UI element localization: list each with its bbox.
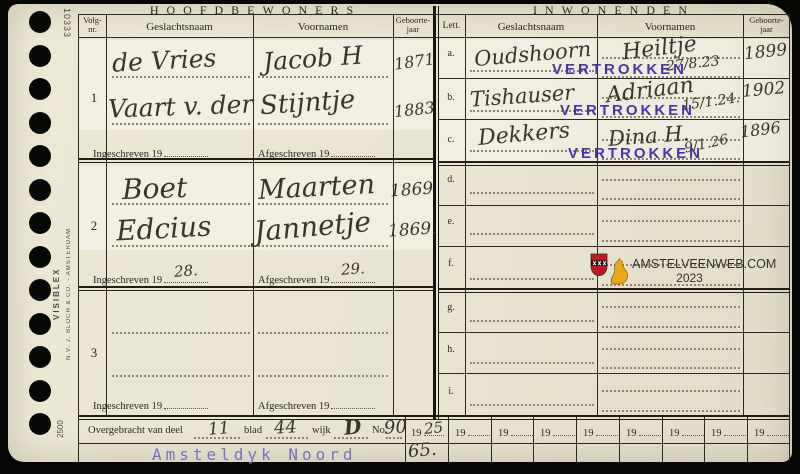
birthyear-entry: 1869.: [387, 218, 437, 241]
form-number: 10333: [62, 8, 72, 38]
year-cell-label: 19: [669, 425, 704, 439]
column-header-year-left: Geboorte- jaar: [393, 16, 433, 34]
dotted-line: [112, 123, 250, 125]
dotted-line: [112, 375, 250, 377]
house-number: 65.: [407, 439, 437, 462]
year-prefix: 19: [540, 428, 551, 439]
ingeschreven-text: Ingeschreven 19: [93, 275, 162, 286]
column-header-firstnames-right: Voornamen: [597, 21, 743, 33]
row-letter: b.: [440, 92, 462, 103]
punch-hole: [29, 179, 51, 201]
year-prefix: 19: [669, 428, 680, 439]
dotted-line: [258, 76, 388, 78]
dotted-line: [470, 233, 594, 235]
year-prefix: 19: [411, 428, 422, 439]
overgebracht-label: Overgebracht van deel: [88, 425, 183, 436]
column-header-year-right: Geboorte- jaar: [743, 16, 790, 34]
ingeschreven-year-value: 28.: [173, 261, 198, 281]
row-letter: f.: [440, 258, 462, 269]
year-prefix: 19: [711, 428, 722, 439]
surname-entry: de Vries: [111, 43, 217, 77]
dotted-line: [602, 198, 740, 200]
dotted-line: [470, 278, 594, 280]
punch-hole: [29, 246, 51, 268]
year-prefix: 19: [583, 428, 594, 439]
year-cell-label: 19: [540, 425, 575, 439]
row-letter: a.: [440, 48, 462, 59]
blad-label: blad: [244, 425, 262, 436]
row-letter: c.: [440, 134, 462, 145]
grid-line: [106, 14, 107, 417]
watermark-site: AMSTELVEENWEB.COM: [632, 257, 776, 271]
year-prefix: 19: [626, 428, 637, 439]
punch-hole: [29, 279, 51, 301]
row-number: 3: [84, 345, 104, 361]
vertrokken-stamp: VERTROKKEN: [560, 102, 695, 119]
grid-line: [533, 417, 534, 462]
grid-line: [465, 14, 466, 417]
punch-hole: [29, 145, 51, 167]
punch-hole: [29, 413, 51, 435]
dotted-line: [602, 348, 740, 350]
punch-hole: [29, 11, 51, 33]
watermark-year: 2023: [632, 271, 747, 285]
printer-imprint: N.V. J. BLOCH & CO. - AMSTERDAM: [66, 160, 72, 360]
blad-value: 44: [273, 416, 297, 439]
year-cell-label: 19: [626, 425, 661, 439]
dotted-line: [258, 123, 388, 125]
dotted-line: [602, 326, 740, 328]
year-prefix: 19: [754, 428, 765, 439]
column-header-surname-left: Geslachtsnaam: [106, 21, 253, 33]
year-cell-label: 19: [583, 425, 618, 439]
afgeschreven-text: Afgeschreven 19: [258, 275, 329, 286]
dotted-line: [470, 362, 594, 364]
dotted-line: [112, 332, 250, 334]
birthyear-entry: 1869: [389, 179, 434, 202]
grid-line: [78, 14, 79, 462]
afgeschreven-label: Afgeschreven 19: [258, 146, 375, 160]
punch-hole: [29, 212, 51, 234]
year-cell-value: 25: [423, 418, 444, 438]
dotted-line: [470, 320, 594, 322]
punch-hole: [29, 380, 51, 402]
column-header-surname-right: Geslachtsnaam: [465, 21, 597, 33]
column-header-volgnr: Volg- nr.: [79, 16, 106, 34]
year-cell-label: 19: [711, 425, 746, 439]
column-header-year-left-line2: jaar: [407, 24, 420, 34]
punch-hole: [29, 78, 51, 100]
grid-line: [438, 332, 790, 333]
column-header-year-right-line2: jaar: [760, 24, 773, 34]
section-title-inwonenden: INWONENDEN: [438, 3, 790, 18]
surname-entry: Boet: [121, 171, 187, 206]
dotted-line: [602, 306, 740, 308]
street-name: Amsteldyk Noord: [152, 445, 357, 464]
ingeschreven-label: Ingeschreven 19: [93, 398, 208, 412]
year-prefix: 19: [498, 428, 509, 439]
no-value: 90: [383, 416, 407, 439]
grid-line: [704, 417, 705, 462]
row-number: 1: [84, 90, 104, 106]
afgeschreven-year-value: 29.: [340, 259, 365, 279]
punch-hole: [29, 313, 51, 335]
grid-line: [393, 14, 394, 417]
afgeschreven-text: Afgeschreven 19: [258, 401, 329, 412]
grid-line: [438, 205, 790, 206]
year-cell-label: 19: [754, 425, 789, 439]
dotted-line: [258, 375, 388, 377]
grid-line: [438, 119, 790, 120]
grid-line: [438, 288, 790, 293]
row-number: 2: [84, 218, 104, 234]
punch-hole: [29, 346, 51, 368]
grid-line: [438, 246, 790, 247]
grid-line: [747, 417, 748, 462]
year-prefix: 19: [455, 428, 466, 439]
amstelveen-crest-icon: [590, 253, 630, 287]
grid-line: [789, 14, 790, 462]
register-card-scan: 10333 VISIBLEX N.V. J. BLOCH & CO. - AMS…: [0, 0, 800, 474]
grid-line: [78, 286, 433, 291]
row-letter: d.: [440, 174, 462, 185]
punch-hole: [29, 112, 51, 134]
dotted-line: [602, 410, 740, 412]
dotted-line: [470, 192, 594, 194]
punch-hole: [29, 45, 51, 67]
grid-line: [619, 417, 620, 462]
wijk-label: wijk: [312, 425, 331, 436]
dotted-line: [470, 404, 594, 406]
surname-entry: Edcius: [115, 210, 212, 248]
dotted-line: [602, 240, 740, 242]
surname-entry: Vaart v. der: [108, 89, 254, 123]
afgeschreven-label: Afgeschreven 19: [258, 398, 375, 412]
year-cell-label: 19: [455, 425, 490, 439]
ingeschreven-text: Ingeschreven 19: [93, 149, 162, 160]
brand-imprint: VISIBLEX: [52, 210, 61, 320]
section-divider: [438, 6, 440, 420]
wijk-value: D: [343, 414, 363, 440]
row-letter: e.: [440, 216, 462, 227]
vertrokken-stamp: VERTROKKEN: [568, 145, 703, 162]
dotted-line: [602, 390, 740, 392]
section-title-hoofdbewoners: HOOFDBEWONERS: [78, 3, 433, 18]
grid-line: [743, 14, 744, 417]
print-code: 2500: [56, 404, 65, 438]
grid-line: [448, 417, 449, 462]
grid-line: [491, 417, 492, 462]
ingeschreven-label: Ingeschreven 19: [93, 146, 208, 160]
dotted-line: [602, 220, 740, 222]
dotted-line: [602, 367, 740, 369]
row-letter: g.: [440, 302, 462, 313]
firstnames-entry: Maarten: [257, 169, 375, 206]
column-header-firstnames-left: Voornamen: [253, 21, 393, 33]
ingeschreven-text: Ingeschreven 19: [93, 401, 162, 412]
row-letter: h.: [440, 344, 462, 355]
grid-line: [576, 417, 577, 462]
deel-value: 11: [207, 418, 230, 440]
dotted-line: [602, 179, 740, 181]
afgeschreven-text: Afgeschreven 19: [258, 149, 329, 160]
birthyear-entry: 1902: [741, 78, 786, 102]
grid-line: [438, 78, 790, 79]
dotted-line: [258, 332, 388, 334]
grid-line: [662, 417, 663, 462]
row-letter: i.: [440, 386, 462, 397]
column-header-lett: Lett.: [438, 21, 465, 31]
grid-line: [438, 373, 790, 374]
year-cell-label: 19: [498, 425, 533, 439]
column-header-volgnr-line2: nr.: [88, 24, 97, 34]
